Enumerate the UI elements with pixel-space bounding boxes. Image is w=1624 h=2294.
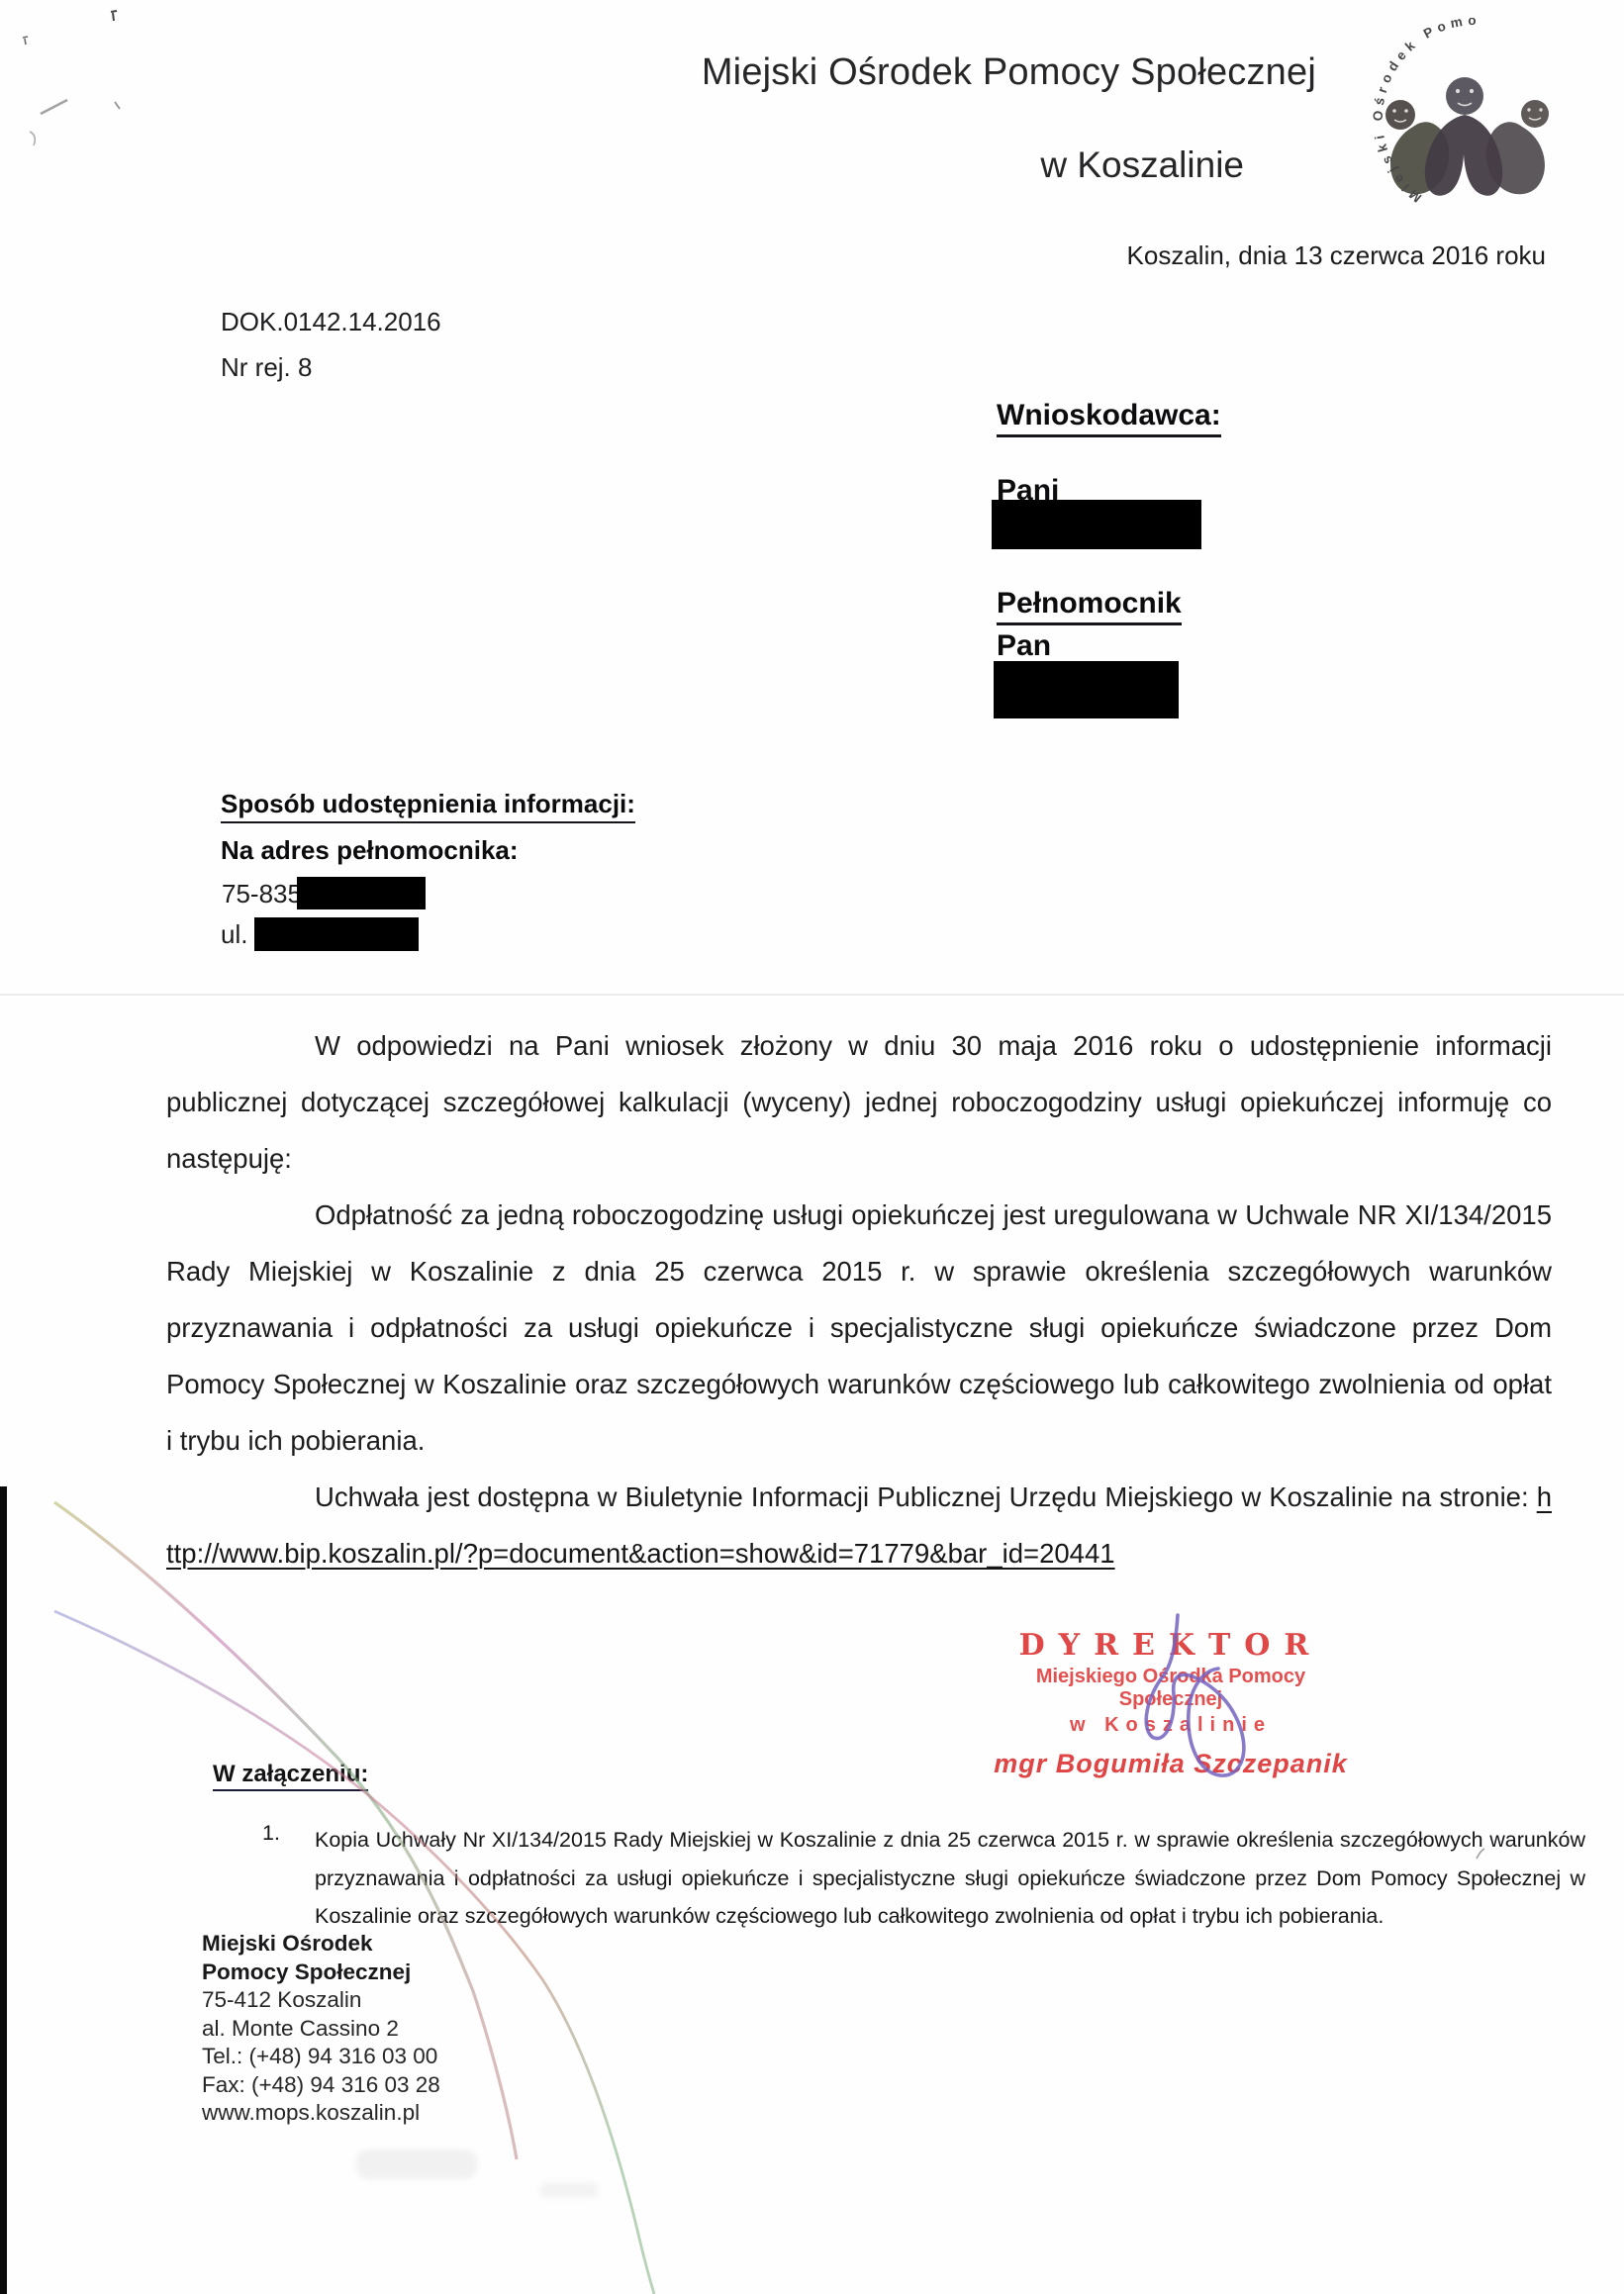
footer-postal-city: 75-412 Koszalin xyxy=(202,1986,440,2015)
redacted-street xyxy=(254,917,419,951)
stamp-org-line: Miejskiego Ośrodka Pomocy Społecznej xyxy=(983,1666,1359,1711)
attachment-item-text: Kopia Uchwały Nr XI/134/2015 Rady Miejsk… xyxy=(315,1821,1585,1936)
applicant-heading: Wnioskodawca: xyxy=(997,399,1221,437)
footer-phone: Tel.: (+48) 94 316 03 00 xyxy=(202,2043,440,2071)
proxy-heading: Pełnomocnik xyxy=(997,587,1182,625)
footer-org-line1: Miejski Ośrodek xyxy=(202,1930,440,1959)
proxy-salutation: Pan xyxy=(997,629,1051,663)
body-paragraph-3-text: Uchwała jest dostępna w Biuletynie Infor… xyxy=(315,1482,1537,1512)
speck-mark-4 xyxy=(30,132,35,145)
body-paragraph-1: W odpowiedzi na Pani wniosek złożony w d… xyxy=(166,1017,1552,1187)
letterhead-title: Miejski Ośrodek Pomocy Społecznej xyxy=(702,51,1316,94)
body-paragraph-2: Odpłatność za jedną roboczogodzinę usług… xyxy=(166,1187,1552,1469)
scan-smudge xyxy=(356,2150,477,2179)
footer-website: www.mops.koszalin.pl xyxy=(202,2099,440,2128)
document-number: DOK.0142.14.2016 xyxy=(221,307,441,337)
scanned-letter-page: Miejski Ośrodek Pomocy Społecznej w Kosz… xyxy=(0,0,1624,2294)
pen-mark-top-left xyxy=(41,100,67,114)
stamp-signatory-name: mgr Bogumiła Szczepanik xyxy=(983,1749,1359,1779)
scan-smudge-small xyxy=(539,2182,599,2198)
scan-edge-strip xyxy=(0,1486,7,2294)
registry-number: Nr rej. 8 xyxy=(221,352,312,383)
attachments-heading: W załączeniu: xyxy=(213,1761,368,1791)
organization-seal-icon: Miejski Ośrodek Pomocy Społecznej w Kosz… xyxy=(1364,18,1589,230)
body-paragraph-3: Uchwała jest dostępna w Biuletynie Infor… xyxy=(166,1469,1552,1581)
letterhead-subtitle: w Koszalinie xyxy=(1040,144,1244,186)
stamp-title: DYREKTOR xyxy=(983,1628,1359,1663)
attachment-item-number: 1. xyxy=(262,1821,280,1846)
date-line: Koszalin, dnia 13 czerwca 2016 roku xyxy=(1127,240,1546,271)
delivery-method-heading: Sposób udostępnienia informacji: xyxy=(221,789,635,823)
speck-mark-1 xyxy=(111,11,117,21)
redacted-applicant-name xyxy=(992,500,1201,549)
street-prefix: ul. xyxy=(221,919,247,950)
speck-mark-3 xyxy=(115,102,120,109)
redacted-proxy-name xyxy=(994,661,1179,718)
footer-contact-block: Miejski Ośrodek Pomocy Społecznej 75-412… xyxy=(202,1930,440,2128)
director-stamp: DYREKTOR Miejskiego Ośrodka Pomocy Społe… xyxy=(983,1628,1359,1779)
footer-fax: Fax: (+48) 94 316 03 28 xyxy=(202,2071,440,2100)
stamp-city-line: w Koszalinie xyxy=(983,1714,1359,1737)
postal-code: 75-835 xyxy=(222,879,302,909)
delivery-method-value: Na adres pełnomocnika: xyxy=(221,835,519,866)
scan-fold-line xyxy=(0,994,1624,996)
footer-street: al. Monte Cassino 2 xyxy=(202,2015,440,2044)
letter-body: W odpowiedzi na Pani wniosek złożony w d… xyxy=(166,1017,1552,1581)
footer-org-line2: Pomocy Społecznej xyxy=(202,1959,440,1987)
speck-mark-2 xyxy=(23,37,28,45)
redacted-city xyxy=(297,877,426,909)
